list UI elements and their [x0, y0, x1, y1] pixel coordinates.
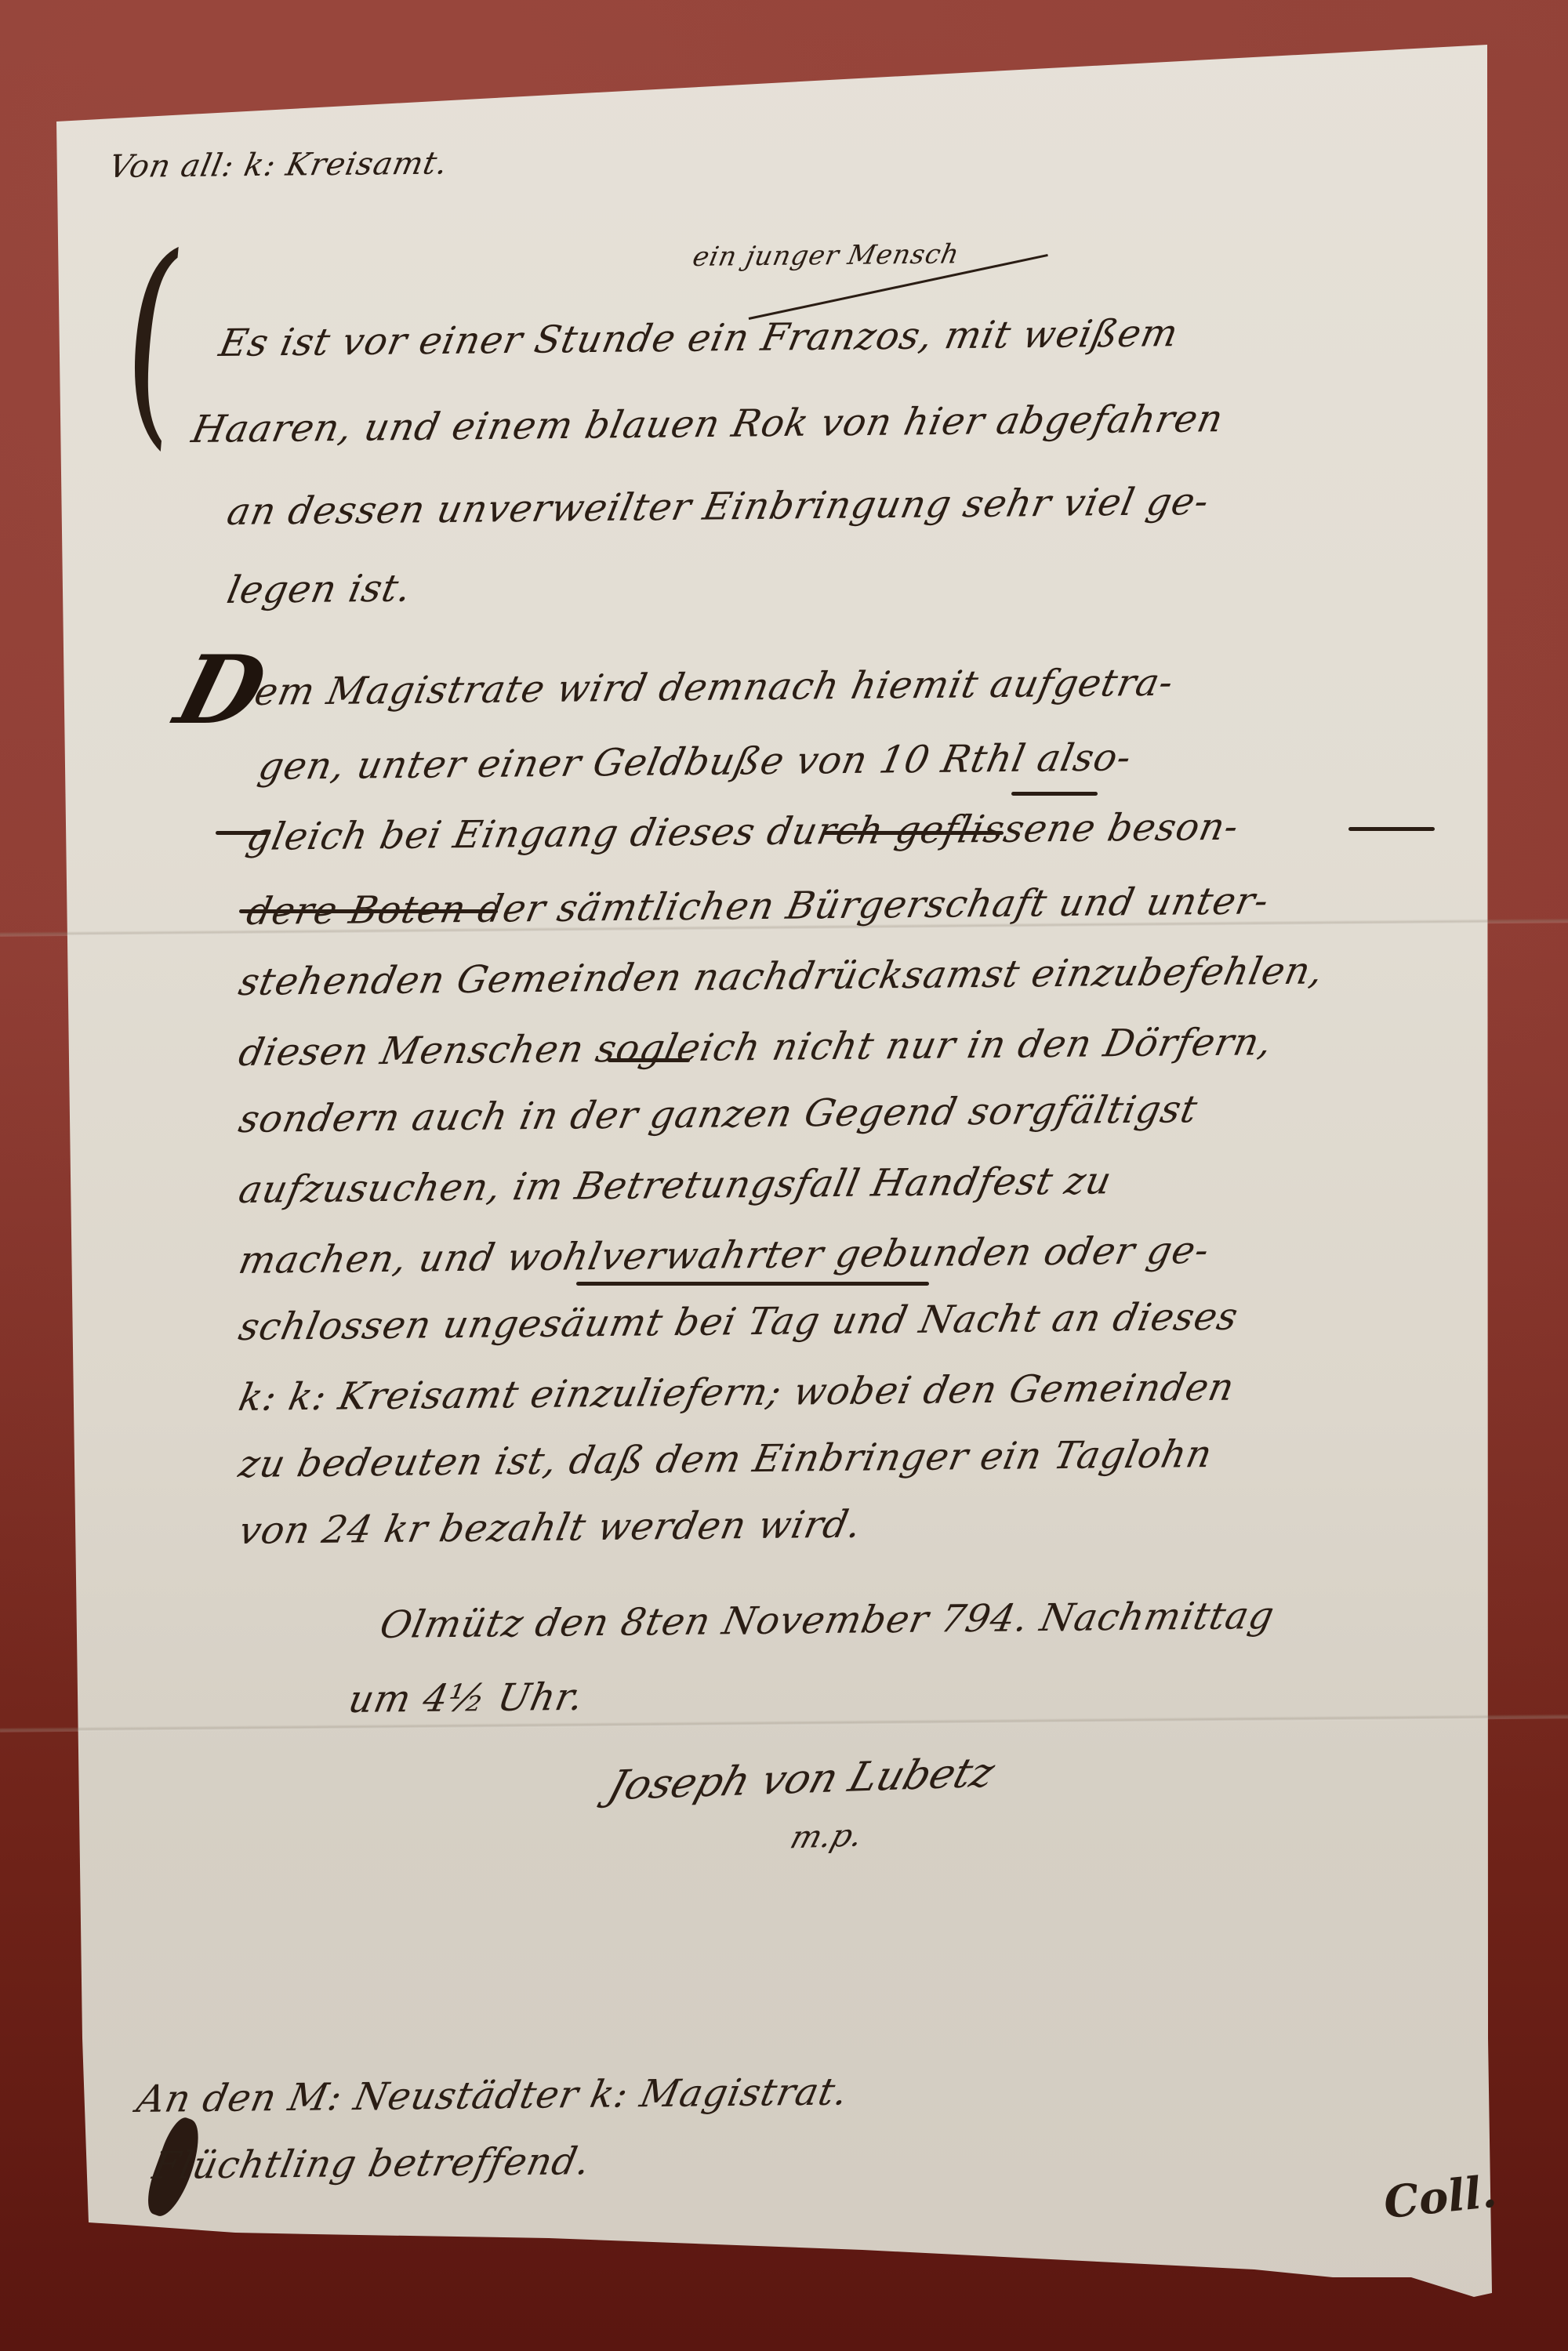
underline-mark — [1348, 827, 1435, 831]
underline-mark — [239, 909, 498, 913]
address-line-2: Flüchtling betreffend. — [149, 2139, 594, 2188]
paragraph1-line-4: legen ist. — [223, 566, 416, 612]
underline-mark — [608, 1058, 690, 1062]
underline-mark — [216, 831, 270, 835]
signature-paraph: m.p. — [786, 1817, 867, 1856]
paragraph2-line-2: gen, unter einer Geldbuße von 10 Rthl al… — [255, 735, 1135, 789]
paragraph2-line-13: von 24 kr bezahlt werden wird. — [235, 1503, 866, 1553]
address-line-1: An den M: Neustädter k: Magistrat. — [133, 2070, 852, 2121]
dateline-line-2: um 4½ Uhr. — [345, 1675, 588, 1722]
underline-mark — [823, 831, 1004, 835]
insertion-text: ein junger Mensch — [690, 238, 962, 273]
document-heading: Von all: k: Kreisamt. — [106, 145, 452, 185]
paragraph2-line-8: aufzusuchen, im Betretungsfall Handfest … — [235, 1159, 1116, 1212]
underline-mark — [1011, 792, 1098, 796]
underline-mark — [576, 1282, 929, 1286]
